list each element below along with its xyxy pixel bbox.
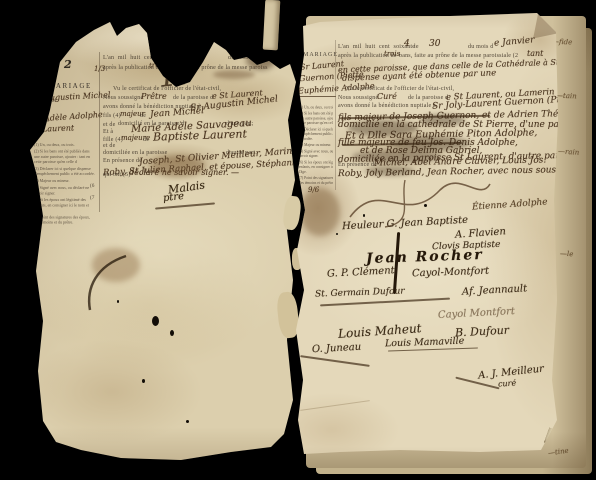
ink-blot: [37, 448, 45, 454]
edge-fragment: —le: [560, 250, 574, 258]
footnote: (6) Si les époux ont légitimé des enfant…: [299, 160, 333, 174]
month-hw: e Janvier: [494, 35, 535, 48]
de2-print: de: [143, 137, 149, 143]
signature-jean-rocher: Jean Rocher: [366, 247, 484, 267]
footnote: (2) Si les bans ont été publiés dans une…: [34, 149, 96, 165]
footnote: (5) Signé avec nous, ou déclaré ne savoi…: [34, 185, 96, 195]
ink-blot: [170, 330, 174, 336]
ink-blot: [424, 204, 427, 207]
margin-title: MARIAGE: [48, 82, 92, 90]
footnote: (5) Signé avec nous, ou déclaré ne savoi…: [299, 149, 333, 158]
month-hw: e: [253, 50, 258, 59]
footnote-ref: (6: [90, 184, 95, 189]
presence-print: En présence de: [103, 158, 142, 164]
ink-blot: [142, 379, 145, 383]
year-line-print: L'an mil huit cent soixante: [103, 55, 180, 61]
signature-jeannault: Af. Jeannault: [462, 283, 528, 297]
bans-print: bans, faite au prône de la messe paroiss…: [399, 53, 518, 59]
et-de2-print: et de: [103, 143, 116, 149]
signature-clement: G. P. Clément: [327, 265, 395, 280]
footnote: (7) Point des signatures des époux, des …: [34, 214, 96, 224]
soussigne-hw: Curé: [377, 92, 397, 101]
signature-cure-title: curé: [498, 378, 517, 388]
footnote: (7) Point des signatures des époux, des …: [299, 176, 333, 185]
et-a-print: Et à: [103, 129, 113, 135]
bride-father-hw: Baptiste Laurent: [153, 127, 247, 143]
underline: [298, 96, 336, 97]
certificat-print: Vu le certificat de l'officier de l'état…: [346, 86, 454, 92]
soussigne-hw: Prêtre: [141, 92, 167, 101]
year-hw: 4: [172, 51, 177, 60]
le-print: le: [414, 44, 419, 50]
ink-smear: [420, 114, 465, 126]
ink-smear: [348, 120, 418, 136]
margin-footnotes: (1) Un, ou deux, ou trois. (2) Si les ba…: [34, 142, 98, 238]
stain: [150, 155, 205, 177]
margin-footnotes: (1) Un, ou deux, ou trois. (2) Si les ba…: [299, 105, 333, 193]
margin-groom-name: Augustin Michel: [44, 90, 111, 102]
certificat-print: Vu le certificat de l'officier de l'état…: [113, 86, 221, 92]
qui-ont-print: qui ont (5): [103, 172, 131, 178]
de-print: de: [140, 113, 146, 119]
footnote: (1) Un, ou deux, ou trois.: [299, 105, 333, 110]
crease-line: [300, 400, 369, 411]
year-hw: 4: [404, 39, 410, 49]
ink-smudge: [213, 70, 255, 79]
day-hw: 30: [429, 39, 440, 49]
signature-flourish-line: [300, 355, 370, 366]
ink-blot: [363, 214, 365, 217]
footnote: (2) Si les bans ont été publiés dans une…: [299, 111, 333, 125]
signature-cayol-montfort: Cayol-Montfort: [412, 266, 489, 280]
ink-smear: [352, 150, 442, 163]
tant-hw: tant: [527, 49, 543, 58]
soussigne-print: Nous soussigné: [338, 95, 378, 101]
ink-blot: [152, 316, 159, 326]
fils-print: fils (4): [103, 113, 121, 119]
footnote: (4) Majeur ou mineur.: [299, 143, 333, 148]
paroisse-print: de la paroisse d: [173, 95, 213, 101]
column-rule: [99, 52, 100, 212]
ink-blot: [117, 300, 119, 303]
footnote: (6) Si les époux ont légitimé des enfant…: [34, 197, 96, 213]
margin-bride-name: Adèle Adolphe: [44, 110, 103, 123]
margin-bride-name-2: Laurent: [42, 123, 74, 133]
margin-title: MARIAGE: [303, 52, 338, 58]
footnote: (1) Un, ou deux, ou trois.: [34, 142, 96, 147]
register-scan: —fide —tain —rain —le —tine 2 MARIAGE en…: [0, 0, 596, 480]
signature-germain-dufour: St. Germain Dufour: [315, 286, 405, 299]
signature-cayol-montfort-2: Cayol Montfort: [438, 306, 515, 321]
benediction-print: avons donné la bénédiction nuptiale à: [338, 103, 436, 109]
et-de-print: et de: [103, 122, 116, 128]
ink-blot: [336, 233, 338, 235]
ink-blot: [186, 420, 189, 423]
ink-smear: [390, 136, 470, 151]
edge-fragment: —rain: [558, 147, 580, 156]
day-hw: 26: [191, 49, 202, 59]
footnote: (4) Majeur ou mineur.: [34, 178, 96, 183]
page-number: 2: [64, 58, 72, 71]
signature-flourish-line: [320, 298, 450, 306]
signature-flavien: A. Flavien: [455, 226, 507, 241]
left-priest-title: ptre: [162, 191, 184, 204]
bans-count-hw: trois: [384, 50, 400, 58]
edge-fragment: —tain: [556, 92, 577, 101]
footnote: (3) Déclarer ici si quelque dispense d'e…: [299, 127, 333, 141]
paroisse-print: de la paroisse d: [408, 95, 448, 101]
le-print: le: [181, 55, 186, 61]
soussigne-print: Nous soussigné: [103, 95, 143, 101]
torn-paper-tab: [263, 0, 281, 50]
stain: [300, 188, 340, 236]
footnote: (3) Déclarer ici si quelque dispense d'e…: [34, 166, 96, 176]
ink-smudge: [246, 50, 276, 70]
ink-hook-mark: [76, 248, 136, 318]
footnote-ref: (7: [90, 196, 95, 201]
signature-juneau: O. Juneau: [312, 342, 362, 356]
column-rule: [335, 40, 336, 190]
month-print: du mois d: [468, 44, 493, 50]
